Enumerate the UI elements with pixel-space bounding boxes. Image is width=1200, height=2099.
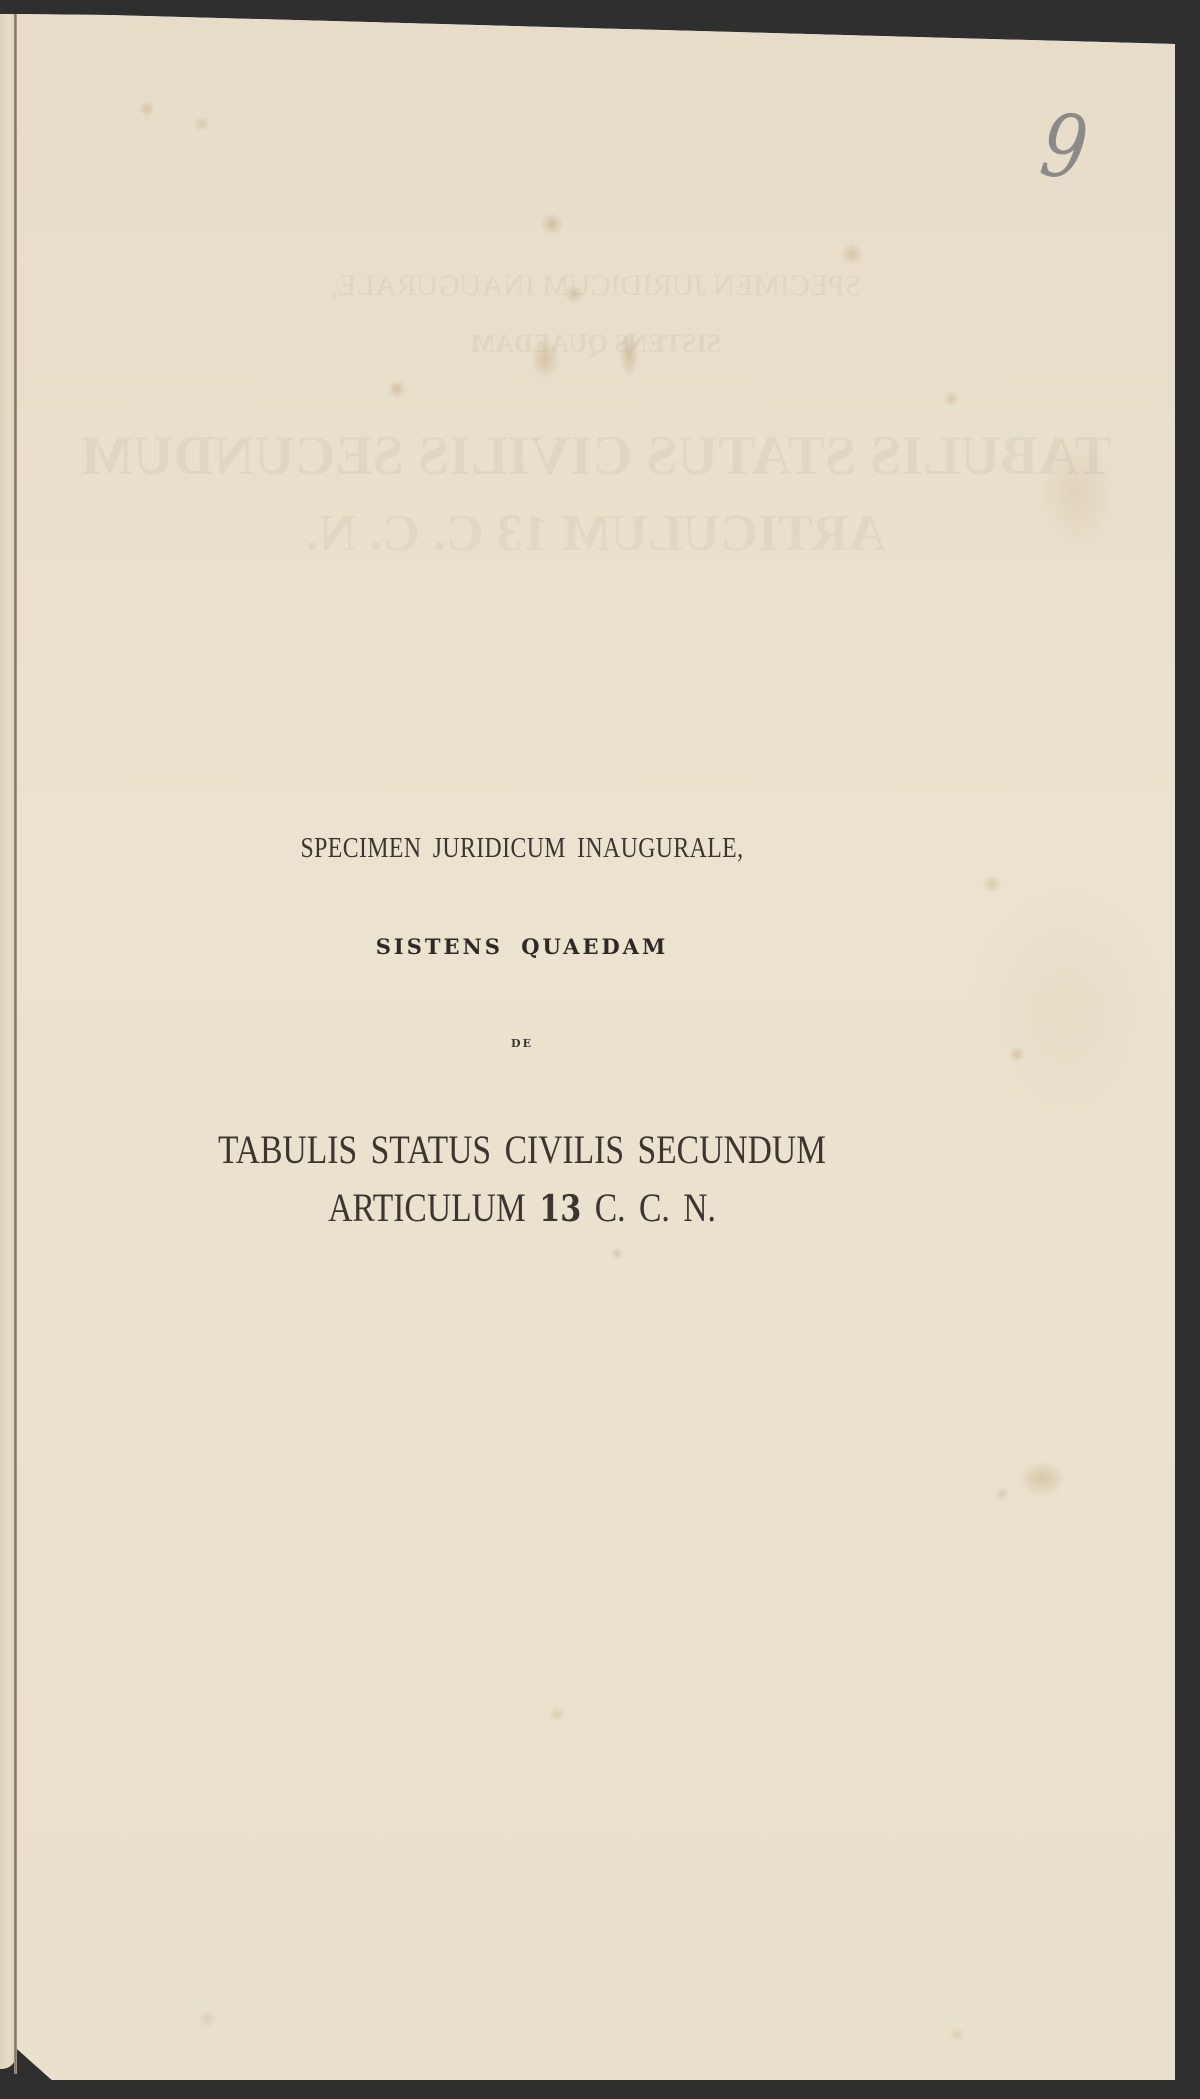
book-page: SPECIMEN JURIDICUM INAUGURALE, SISTENS Q… (17, 14, 1175, 2080)
title-prefix: ARTICULUM (328, 1185, 539, 1230)
bleed-through-text: ARTICULUM 13 C. C. N. (17, 504, 1175, 563)
handwritten-page-number: 9 (1035, 93, 1093, 201)
title-line-specimen: SPECIMEN JURIDICUM INAUGURALE, (206, 832, 837, 865)
title-line-de: DE (137, 1037, 907, 1050)
title-suffix: C. C. N. (581, 1185, 716, 1230)
bleed-through-text: TABULIS STATUS CIVILIS SECUNDUM (17, 424, 1175, 488)
title-line-sistens: SISTENS QUAEDAM (137, 934, 907, 959)
bleed-through-text: SISTENS QUAEDAM (17, 329, 1175, 359)
main-title-line-1: TABULIS STATUS CIVILIS SECUNDUM (199, 1126, 846, 1173)
gutter-line (14, 14, 17, 2074)
bleed-through-text: SPECIMEN JURIDICUM INAUGURALE, (17, 269, 1175, 303)
article-number: 13 (539, 1188, 581, 1230)
scanned-page-view: SPECIMEN JURIDICUM INAUGURALE, SISTENS Q… (0, 0, 1200, 2099)
main-title-line-2: ARTICULUM 13 C. C. N. (199, 1184, 846, 1231)
